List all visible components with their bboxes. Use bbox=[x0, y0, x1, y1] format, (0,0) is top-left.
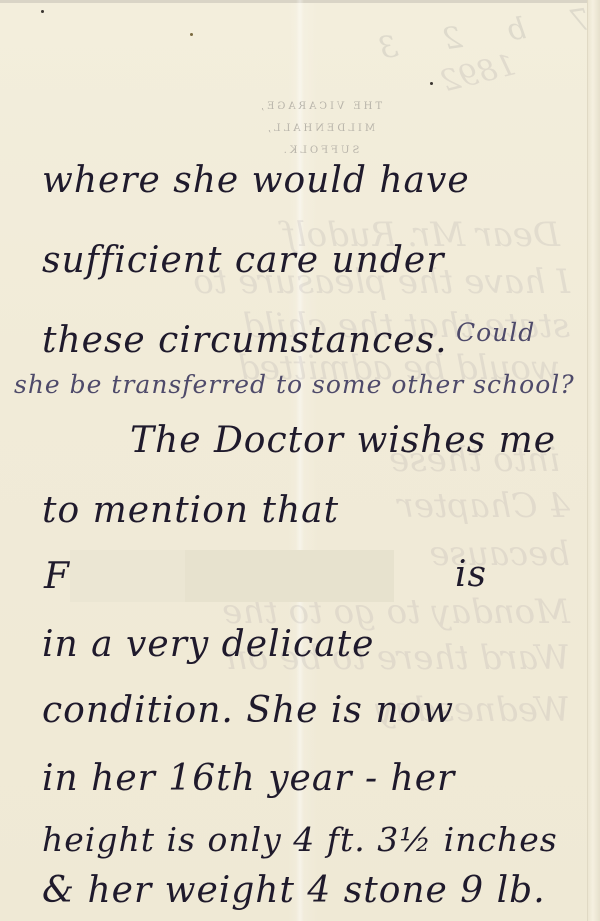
name-initial: F bbox=[44, 556, 70, 597]
inserted-note-line-1: Could bbox=[456, 318, 535, 347]
letter-line: these circumstances. bbox=[42, 320, 448, 361]
bleed-line: 4 Chapter bbox=[398, 486, 570, 526]
letter-line: height is only 4 ft. 3½ inches bbox=[42, 820, 558, 859]
letter-line: sufficient care under bbox=[42, 240, 444, 281]
letter-line: to mention that bbox=[42, 490, 339, 531]
letterhead-line-3: SUFFOLK. bbox=[220, 140, 420, 162]
letter-line: condition. She is now bbox=[42, 690, 454, 731]
letter-page: Dear Mr. Rudolf I have the pleasure to s… bbox=[0, 0, 600, 921]
paper-speck bbox=[41, 10, 44, 13]
letter-line: in a very delicate bbox=[42, 624, 374, 665]
letterhead-line-1: THE VICARAGE, bbox=[220, 96, 420, 118]
letter-line: & her weight 4 stone 9 lb. bbox=[42, 870, 546, 911]
page-right-edge bbox=[587, 0, 600, 921]
paper-speck bbox=[190, 33, 193, 36]
paper-speck bbox=[430, 82, 433, 85]
letter-line: in her 16th year - her bbox=[42, 758, 455, 799]
letterhead-line-2: MILDENHALL, bbox=[220, 118, 420, 140]
letter-line: The Doctor wishes me bbox=[130, 420, 556, 461]
letter-line: where she would have bbox=[42, 160, 470, 201]
inserted-note-line-2: she be transferred to some other school? bbox=[14, 370, 575, 399]
letter-line: is bbox=[455, 554, 487, 595]
redacted-name-box bbox=[70, 550, 394, 602]
bleed-line: because bbox=[429, 534, 570, 574]
embossed-letterhead: THE VICARAGE, MILDENHALL, SUFFOLK. bbox=[220, 96, 420, 162]
